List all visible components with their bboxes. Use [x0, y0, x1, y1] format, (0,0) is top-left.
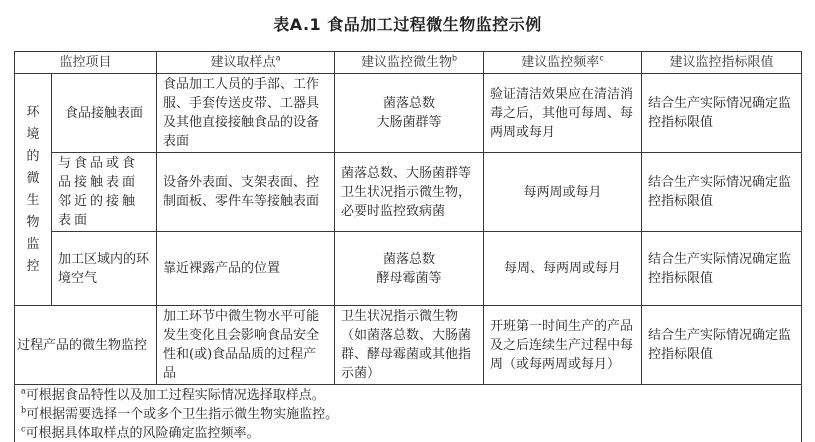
- footnote-text: 可根据具体取样点的风险确定监控频率。: [25, 426, 259, 441]
- footnote-text: 可根据需要选择一个或多个卫生指示微生物实施监控。: [26, 407, 338, 422]
- footnote-b: b可根据需要选择一个或多个卫生指示微生物实施监控。: [21, 405, 795, 424]
- header-limit: 建议监控指标限值: [642, 52, 802, 74]
- header-sampling-point: 建议取样点a: [157, 52, 335, 74]
- footnote-ref-c: c: [599, 54, 603, 63]
- cell-item: 过程产品的微生物监控: [15, 306, 157, 385]
- cell-sampling-point: 设备外表面、支架表面、控制面板、零件车等接触表面: [157, 153, 335, 232]
- table-row: 过程产品的微生物监控 加工环节中微生物水平可能发生变化且会影响食品安全性和(或)…: [15, 306, 802, 385]
- cell-microbe: 菌落总数、大肠菌群等卫生状况指示微生物，必要时监控致病菌: [335, 153, 484, 232]
- header-item-label: 监控项目: [60, 55, 112, 70]
- cell-item: 与食品或食品接触表面邻近的接触表面: [52, 153, 157, 232]
- table-row: 环 境 的 微 生 物 监 控 食品接触表面 食品加工人员的手部、工作服、手套传…: [15, 74, 802, 153]
- cell-limit: 结合生产实际情况确定监控指标限值: [642, 306, 802, 385]
- group-char: 的: [15, 146, 51, 168]
- group-label-environment: 环 境 的 微 生 物 监 控: [15, 74, 52, 306]
- cell-sampling-point: 食品加工人员的手部、工作服、手套传送皮带、工器具及其他直接接触食品的设备表面: [157, 74, 335, 153]
- table-row: 加工区域内的环境空气 靠近裸露产品的位置 菌落总数 酵母霉菌等 每周、每两周或每…: [15, 232, 802, 306]
- cell-frequency: 开班第一时间生产的产品及之后连续生产过程中每周（或每两周或每月）: [484, 306, 642, 385]
- group-char: 境: [15, 124, 51, 146]
- cell-microbe: 卫生状况指示微生物（如菌落总数、大肠菌群、酵母霉菌或其他指示菌）: [335, 306, 484, 385]
- footnote-row: a可根据食品特性以及加工过程实际情况选择取样点。 b可根据需要选择一个或多个卫生…: [15, 385, 802, 442]
- group-char: 微: [15, 168, 51, 190]
- cell-frequency: 每两周或每月: [484, 153, 642, 232]
- header-microbe-label: 建议监控微生物: [361, 55, 452, 70]
- footnote-ref-a: a: [276, 54, 281, 63]
- footnote-ref-b: b: [452, 54, 457, 63]
- cell-frequency: 每周、每两周或每月: [484, 232, 642, 306]
- group-char: 控: [15, 256, 51, 278]
- group-char: 监: [15, 234, 51, 256]
- group-char: 物: [15, 212, 51, 234]
- cell-limit: 结合生产实际情况确定监控指标限值: [642, 232, 802, 306]
- header-microbe: 建议监控微生物b: [335, 52, 484, 74]
- cell-item: 加工区域内的环境空气: [52, 232, 157, 306]
- group-char: 生: [15, 190, 51, 212]
- microbe-line: 酵母霉菌等: [341, 269, 477, 288]
- microbe-line: 菌落总数: [341, 94, 477, 113]
- header-row: 监控项目 建议取样点a 建议监控微生物b 建议监控频率c 建议监控指标限值: [15, 52, 802, 74]
- table-row: 与食品或食品接触表面邻近的接触表面 设备外表面、支架表面、控制面板、零件车等接触…: [15, 153, 802, 232]
- header-item: 监控项目: [15, 52, 157, 74]
- group-char: 环: [15, 102, 51, 124]
- footnote-c: c可根据具体取样点的风险确定监控频率。: [21, 424, 795, 442]
- microbe-line: 菌落总数: [341, 250, 477, 269]
- header-frequency-label: 建议监控频率: [521, 55, 599, 70]
- microbe-line: 大肠菌群等: [341, 113, 477, 132]
- cell-limit: 结合生产实际情况确定监控指标限值: [642, 74, 802, 153]
- cell-frequency: 验证清洁效果应在清洁消毒之后，其他可每周、每两周或每月: [484, 74, 642, 153]
- footnotes: a可根据食品特性以及加工过程实际情况选择取样点。 b可根据需要选择一个或多个卫生…: [15, 385, 802, 442]
- cell-item: 食品接触表面: [52, 74, 157, 153]
- header-limit-label: 建议监控指标限值: [670, 55, 774, 70]
- header-frequency: 建议监控频率c: [484, 52, 642, 74]
- footnote-text: 可根据食品特性以及加工过程实际情况选择取样点。: [26, 388, 325, 403]
- cell-sampling-point: 加工环节中微生物水平可能发生变化且会影响食品安全性和(或)食品品质的过程产品: [157, 306, 335, 385]
- table-title: 表A.1 食品加工过程微生物监控示例: [0, 12, 815, 35]
- microbial-monitoring-table: 监控项目 建议取样点a 建议监控微生物b 建议监控频率c 建议监控指标限值 环 …: [14, 51, 802, 442]
- cell-microbe: 菌落总数 大肠菌群等: [335, 74, 484, 153]
- header-sampling-point-label: 建议取样点: [211, 55, 276, 70]
- cell-microbe: 菌落总数 酵母霉菌等: [335, 232, 484, 306]
- cell-limit: 结合生产实际情况确定监控指标限值: [642, 153, 802, 232]
- footnote-a: a可根据食品特性以及加工过程实际情况选择取样点。: [21, 386, 795, 405]
- cell-sampling-point: 靠近裸露产品的位置: [157, 232, 335, 306]
